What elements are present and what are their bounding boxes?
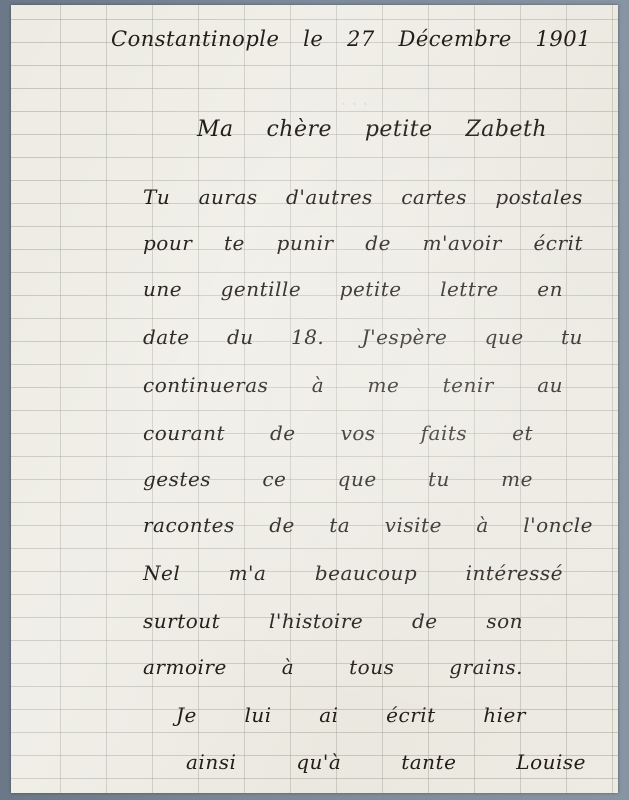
- body-line-4: date du 18. J'espère que tu: [143, 325, 583, 349]
- word: que: [485, 325, 524, 349]
- dateline-month: Décembre: [399, 27, 512, 51]
- word: tous: [349, 655, 394, 679]
- word: du: [227, 325, 254, 349]
- body-line-5: continueras à me tenir au: [143, 373, 563, 397]
- letter-paper: · · · Constantinople le 27 Décembre 1901…: [11, 5, 618, 793]
- word: de: [270, 421, 296, 445]
- word: tante: [401, 750, 456, 774]
- word: ai: [319, 703, 338, 727]
- body-line-13: ainsi qu'à tante Louise: [186, 750, 586, 774]
- salutation-word: chère: [266, 117, 332, 142]
- word: et: [512, 421, 533, 445]
- word: qu'à: [296, 750, 341, 774]
- word: lui: [244, 703, 271, 727]
- word: me: [368, 373, 400, 397]
- word: pour: [143, 231, 192, 255]
- word: de: [412, 609, 438, 633]
- word: de: [269, 513, 295, 537]
- word: Je: [176, 703, 197, 727]
- word: me: [501, 467, 533, 491]
- body-line-3: une gentille petite lettre en: [143, 277, 563, 301]
- body-line-11: armoire à tous grains.: [143, 655, 523, 679]
- word: surtout: [143, 609, 220, 633]
- body-line-6: courant de vos faits et: [143, 421, 533, 445]
- word: visite: [385, 513, 442, 537]
- word: Louise: [516, 750, 586, 774]
- word: écrit: [533, 231, 583, 255]
- word: de: [365, 231, 391, 255]
- word: postales: [495, 185, 583, 209]
- dateline-place: Constantinople: [111, 27, 279, 51]
- dateline-year: 1901: [536, 27, 591, 51]
- word: lettre: [440, 277, 499, 301]
- word: 18.: [291, 325, 324, 349]
- word: cartes: [401, 185, 467, 209]
- word: ta: [329, 513, 350, 537]
- word: date: [143, 325, 190, 349]
- word: ainsi: [186, 750, 236, 774]
- word: faits: [421, 421, 468, 445]
- word: beaucoup: [315, 561, 417, 585]
- word: J'espère: [362, 325, 448, 349]
- word: écrit: [386, 703, 436, 727]
- word: Nel: [143, 561, 180, 585]
- word: tenir: [443, 373, 494, 397]
- word: gentille: [221, 277, 302, 301]
- body-line-2: pour te punir de m'avoir écrit: [143, 231, 583, 255]
- salutation-word: Ma: [197, 117, 234, 142]
- word: d'autres: [286, 185, 373, 209]
- dateline: Constantinople le 27 Décembre 1901: [111, 27, 591, 51]
- body-line-12: Je lui ai écrit hier: [176, 703, 526, 727]
- word: ce: [262, 467, 286, 491]
- salutation: Ma chère petite Zabeth: [197, 117, 547, 142]
- body-line-7: gestes ce que tu me: [143, 467, 533, 491]
- word: petite: [340, 277, 402, 301]
- word: vos: [341, 421, 376, 445]
- word: à: [282, 655, 294, 679]
- word: continueras: [143, 373, 268, 397]
- word: à: [476, 513, 488, 537]
- body-line-8: racontes de ta visite à l'oncle: [143, 513, 593, 537]
- word: l'histoire: [269, 609, 363, 633]
- word: une: [143, 277, 182, 301]
- word: au: [537, 373, 563, 397]
- salutation-word: petite: [365, 117, 433, 142]
- dateline-day: 27: [347, 27, 375, 51]
- dateline-le: le: [303, 27, 323, 51]
- body-line-9: Nel m'a beaucoup intéressé: [143, 561, 563, 585]
- word: en: [537, 277, 563, 301]
- word: grains.: [449, 655, 523, 679]
- word: courant: [143, 421, 225, 445]
- word: hier: [483, 703, 526, 727]
- word: m'a: [229, 561, 267, 585]
- word: auras: [199, 185, 258, 209]
- word: Tu: [143, 185, 170, 209]
- word: à: [312, 373, 324, 397]
- word: te: [224, 231, 245, 255]
- word: tu: [428, 467, 450, 491]
- word: tu: [561, 325, 583, 349]
- word: racontes: [143, 513, 235, 537]
- word: son: [486, 609, 523, 633]
- word: l'oncle: [523, 513, 593, 537]
- salutation-word: Zabeth: [465, 117, 547, 142]
- word: punir: [277, 231, 334, 255]
- word: intéressé: [466, 561, 563, 585]
- body-line-10: surtout l'histoire de son: [143, 609, 523, 633]
- body-line-1: Tu auras d'autres cartes postales: [143, 185, 583, 209]
- word: m'avoir: [423, 231, 502, 255]
- word: armoire: [143, 655, 227, 679]
- word: gestes: [143, 467, 211, 491]
- bleed-through-text: · · ·: [341, 95, 368, 115]
- word: que: [338, 467, 377, 491]
